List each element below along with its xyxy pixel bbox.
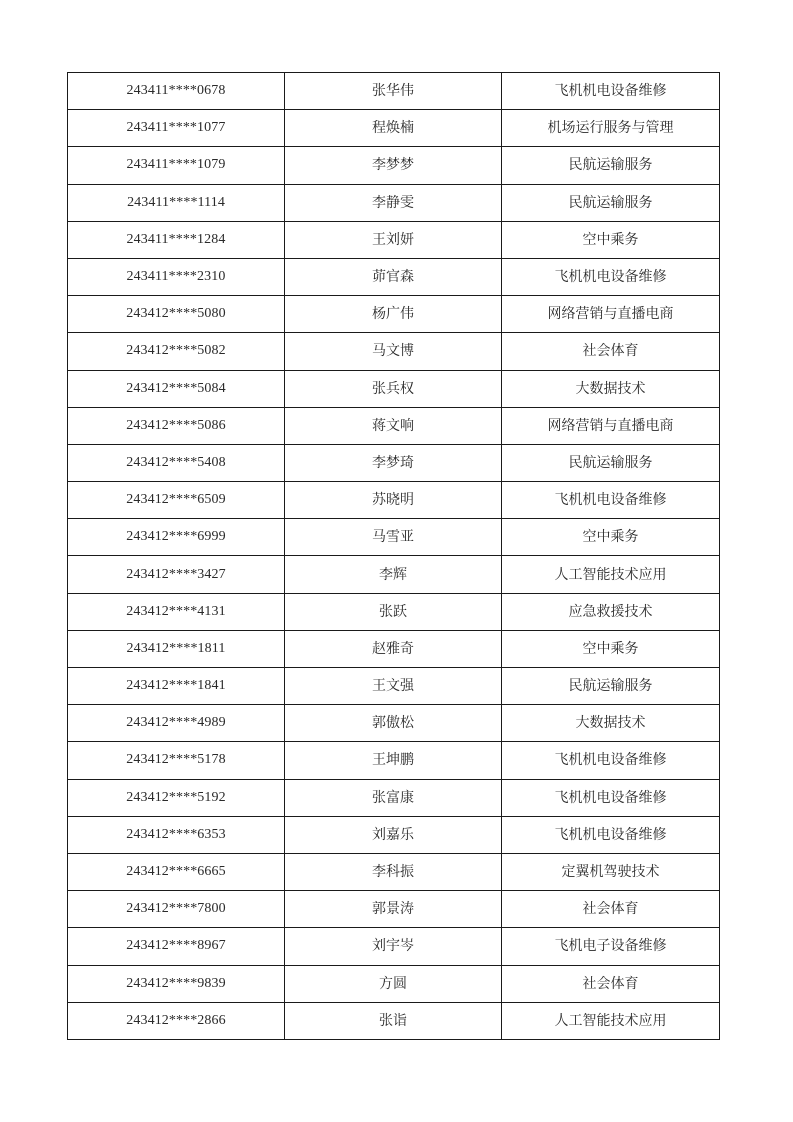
student-id-cell: 243412****6665 [68,853,285,890]
table-row: 243412****9839方圆社会体育 [68,965,720,1002]
table-row: 243412****6665李科振定翼机驾驶技术 [68,853,720,890]
major-cell: 空中乘务 [502,519,720,556]
major-cell: 飞机机电设备维修 [502,816,720,853]
student-roster-table: 243411****0678张华伟飞机机电设备维修243411****1077程… [67,72,720,1040]
student-name-cell: 王坤鹏 [285,742,502,779]
student-name-cell: 张跃 [285,593,502,630]
major-cell: 民航运输服务 [502,444,720,481]
table-row: 243412****5178王坤鹏飞机机电设备维修 [68,742,720,779]
table-row: 243411****1077程焕楠机场运行服务与管理 [68,110,720,147]
table-row: 243412****5192张富康飞机机电设备维修 [68,779,720,816]
student-id-cell: 243411****2310 [68,258,285,295]
student-id-cell: 243411****1284 [68,221,285,258]
student-id-cell: 243411****1077 [68,110,285,147]
student-name-cell: 张富康 [285,779,502,816]
student-name-cell: 张兵权 [285,370,502,407]
student-id-cell: 243411****1114 [68,184,285,221]
student-id-cell: 243412****7800 [68,891,285,928]
student-id-cell: 243412****8967 [68,928,285,965]
table-row: 243412****1811赵雅奇空中乘务 [68,630,720,667]
table-row: 243412****5082马文博社会体育 [68,333,720,370]
table-row: 243412****5080杨广伟网络营销与直播电商 [68,296,720,333]
major-cell: 民航运输服务 [502,184,720,221]
student-id-cell: 243412****5408 [68,444,285,481]
student-name-cell: 苏晓明 [285,482,502,519]
table-row: 243412****6509苏晓明飞机机电设备维修 [68,482,720,519]
student-id-cell: 243411****0678 [68,73,285,110]
student-id-cell: 243412****4131 [68,593,285,630]
student-name-cell: 刘宇岑 [285,928,502,965]
major-cell: 飞机机电设备维修 [502,258,720,295]
table-row: 243412****5084张兵权大数据技术 [68,370,720,407]
student-id-cell: 243412****5192 [68,779,285,816]
student-id-cell: 243412****2866 [68,1002,285,1039]
student-name-cell: 马文博 [285,333,502,370]
student-id-cell: 243412****5178 [68,742,285,779]
student-id-cell: 243412****5086 [68,407,285,444]
student-name-cell: 蒋文响 [285,407,502,444]
student-name-cell: 刘嘉乐 [285,816,502,853]
student-name-cell: 李辉 [285,556,502,593]
table-row: 243412****5086蒋文响网络营销与直播电商 [68,407,720,444]
student-name-cell: 茆官森 [285,258,502,295]
student-id-cell: 243412****3427 [68,556,285,593]
student-id-cell: 243412****1841 [68,668,285,705]
table-row: 243412****7800郭景涛社会体育 [68,891,720,928]
major-cell: 网络营销与直播电商 [502,296,720,333]
major-cell: 飞机机电设备维修 [502,779,720,816]
table-row: 243412****6999马雪亚空中乘务 [68,519,720,556]
table-row: 243412****6353刘嘉乐飞机机电设备维修 [68,816,720,853]
major-cell: 定翼机驾驶技术 [502,853,720,890]
roster-table-body: 243411****0678张华伟飞机机电设备维修243411****1077程… [68,73,720,1040]
table-row: 243412****2866张诣人工智能技术应用 [68,1002,720,1039]
table-row: 243411****0678张华伟飞机机电设备维修 [68,73,720,110]
table-row: 243412****4989郭傲松大数据技术 [68,705,720,742]
student-name-cell: 郭傲松 [285,705,502,742]
table-row: 243411****1114李静雯民航运输服务 [68,184,720,221]
major-cell: 民航运输服务 [502,668,720,705]
student-name-cell: 郭景涛 [285,891,502,928]
major-cell: 飞机机电设备维修 [502,73,720,110]
student-id-cell: 243412****5084 [68,370,285,407]
student-name-cell: 李静雯 [285,184,502,221]
table-row: 243412****1841王文强民航运输服务 [68,668,720,705]
table-row: 243411****1079李梦梦民航运输服务 [68,147,720,184]
major-cell: 人工智能技术应用 [502,1002,720,1039]
major-cell: 应急救援技术 [502,593,720,630]
major-cell: 大数据技术 [502,370,720,407]
student-id-cell: 243412****6353 [68,816,285,853]
table-row: 243412****4131张跃应急救援技术 [68,593,720,630]
student-name-cell: 杨广伟 [285,296,502,333]
major-cell: 人工智能技术应用 [502,556,720,593]
student-name-cell: 王文强 [285,668,502,705]
table-row: 243411****2310茆官森飞机机电设备维修 [68,258,720,295]
student-id-cell: 243412****9839 [68,965,285,1002]
major-cell: 社会体育 [502,891,720,928]
student-name-cell: 方圆 [285,965,502,1002]
student-name-cell: 张诣 [285,1002,502,1039]
major-cell: 飞机机电设备维修 [502,742,720,779]
student-name-cell: 程焕楠 [285,110,502,147]
major-cell: 飞机机电设备维修 [502,482,720,519]
major-cell: 飞机电子设备维修 [502,928,720,965]
student-id-cell: 243412****1811 [68,630,285,667]
student-name-cell: 李科振 [285,853,502,890]
student-name-cell: 赵雅奇 [285,630,502,667]
student-id-cell: 243411****1079 [68,147,285,184]
major-cell: 空中乘务 [502,221,720,258]
student-name-cell: 李梦琦 [285,444,502,481]
student-name-cell: 张华伟 [285,73,502,110]
student-name-cell: 王刘妍 [285,221,502,258]
student-name-cell: 马雪亚 [285,519,502,556]
table-row: 243412****5408李梦琦民航运输服务 [68,444,720,481]
document-page: 243411****0678张华伟飞机机电设备维修243411****1077程… [0,0,793,1122]
student-id-cell: 243412****6999 [68,519,285,556]
major-cell: 社会体育 [502,333,720,370]
major-cell: 网络营销与直播电商 [502,407,720,444]
major-cell: 民航运输服务 [502,147,720,184]
table-row: 243412****3427李辉人工智能技术应用 [68,556,720,593]
major-cell: 大数据技术 [502,705,720,742]
major-cell: 空中乘务 [502,630,720,667]
student-id-cell: 243412****4989 [68,705,285,742]
table-row: 243411****1284王刘妍空中乘务 [68,221,720,258]
table-row: 243412****8967刘宇岑飞机电子设备维修 [68,928,720,965]
student-id-cell: 243412****5082 [68,333,285,370]
major-cell: 社会体育 [502,965,720,1002]
student-name-cell: 李梦梦 [285,147,502,184]
student-id-cell: 243412****6509 [68,482,285,519]
student-id-cell: 243412****5080 [68,296,285,333]
major-cell: 机场运行服务与管理 [502,110,720,147]
